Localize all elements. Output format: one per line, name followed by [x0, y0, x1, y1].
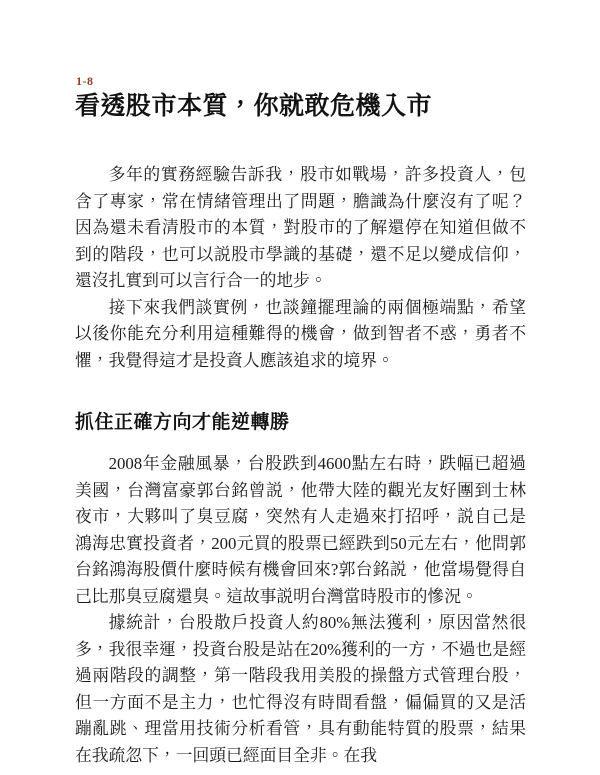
section-number: 1-8 [76, 74, 526, 89]
intro-paragraph: 多年的實務經驗告訴我，股市如戰場，許多投資人，包含了專家，常在情緒管理出了問題，… [75, 162, 526, 295]
body-paragraph: 2008年金融風暴，台股跌到4600點左右時，跌幅已超過美國，台灣富豪郭台銘曾説… [75, 451, 526, 610]
section-subheading: 抓住正確方向才能逆轉勝 [75, 407, 526, 434]
body-block: 2008年金融風暴，台股跌到4600點左右時，跌幅已超過美國，台灣富豪郭台銘曾説… [75, 451, 526, 769]
page-title: 看透股市本質，你就敢危機入市 [75, 92, 526, 122]
book-page: 1-8 看透股市本質，你就敢危機入市 多年的實務經驗告訴我，股市如戰場，許多投資… [0, 0, 600, 775]
intro-block: 多年的實務經驗告訴我，股市如戰場，許多投資人，包含了專家，常在情緒管理出了問題，… [75, 162, 526, 374]
body-paragraph: 據統計，台股散戶投資人約80%無法獲利，原因當然很多，我很幸運，投資台股是站在2… [75, 610, 526, 769]
intro-paragraph: 接下來我們談實例，也談鐘擺理論的兩個極端點，希望以後你能充分利用這種難得的機會，… [75, 295, 526, 375]
